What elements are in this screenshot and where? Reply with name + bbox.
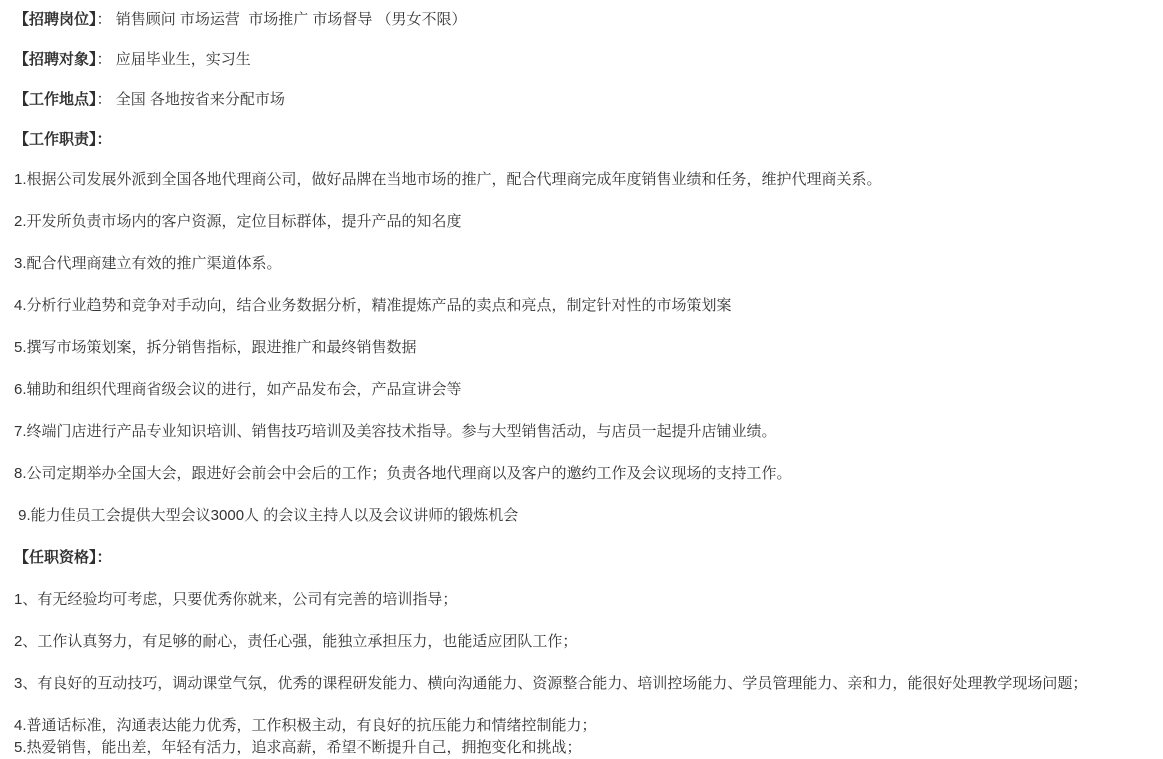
- responsibility-item-1: 1.根据公司发展外派到全国各地代理商公司，做好品牌在当地市场的推广，配合代理商完…: [14, 170, 1149, 190]
- qualification-item-5: 5.热爱销售，能出差，年轻有活力，追求高薪，希望不断提升自己，拥抱变化和挑战；: [14, 738, 1149, 758]
- section-heading-qualifications: 【任职资格】：: [14, 548, 1149, 568]
- responsibility-item-2: 2.开发所负责市场内的客户资源，定位目标群体，提升产品的知名度: [14, 212, 1149, 232]
- responsibility-item-6: 6.辅助和组织代理商省级会议的进行，如产品发布会，产品宣讲会等: [14, 380, 1149, 400]
- field-separator: ：: [97, 51, 112, 68]
- responsibility-item-9: 9.能力佳员工会提供大型会议3000人 的会议主持人以及会议讲师的锻炼机会: [14, 506, 1149, 526]
- field-label-recruit-position: 【招聘岗位】: [14, 11, 97, 28]
- section-heading-responsibilities: 【工作职责】：: [14, 130, 1149, 150]
- responsibility-item-3: 3.配合代理商建立有效的推广渠道体系。: [14, 254, 1149, 274]
- qualification-item-2: 2、工作认真努力，有足够的耐心，责任心强，能独立承担压力，也能适应团队工作；: [14, 632, 1149, 652]
- responsibility-item-7: 7.终端门店进行产品专业知识培训、销售技巧培训及美容技术指导。参与大型销售活动，…: [14, 422, 1149, 442]
- field-label-work-location: 【工作地点】: [14, 91, 97, 108]
- field-label-recruit-target: 【招聘对象】: [14, 51, 97, 68]
- field-value-work-location: 全国 各地按省来分配市场: [112, 91, 285, 108]
- responsibility-item-4: 4.分析行业趋势和竞争对手动向，结合业务数据分析，精准提炼产品的卖点和亮点，制定…: [14, 296, 1149, 316]
- responsibility-item-8: 8.公司定期举办全国大会，跟进好会前会中会后的工作；负责各地代理商以及客户的邀约…: [14, 464, 1149, 484]
- intro-line-recruit-target: 【招聘对象】： 应届毕业生，实习生: [14, 50, 1149, 70]
- field-separator: ：: [97, 91, 112, 108]
- field-value-recruit-position: 销售顾问 市场运营 市场推广 市场督导 （男女不限）: [112, 11, 467, 28]
- qualification-item-4: 4.普通话标准，沟通表达能力优秀，工作积极主动，有良好的抗压能力和情绪控制能力；: [14, 716, 1149, 736]
- job-posting-document: 【招聘岗位】： 销售顾问 市场运营 市场推广 市场督导 （男女不限） 【招聘对象…: [0, 0, 1163, 758]
- qualification-item-3: 3、有良好的互动技巧，调动课堂气氛，优秀的课程研发能力、横向沟通能力、资源整合能…: [14, 674, 1149, 694]
- intro-line-recruit-position: 【招聘岗位】： 销售顾问 市场运营 市场推广 市场督导 （男女不限）: [14, 10, 1149, 30]
- field-separator: ：: [97, 11, 112, 28]
- field-value-recruit-target: 应届毕业生，实习生: [112, 51, 251, 68]
- responsibility-item-5: 5.撰写市场策划案，拆分销售指标，跟进推广和最终销售数据: [14, 338, 1149, 358]
- qualification-item-1: 1、有无经验均可考虑，只要优秀你就来，公司有完善的培训指导；: [14, 590, 1149, 610]
- intro-line-work-location: 【工作地点】： 全国 各地按省来分配市场: [14, 90, 1149, 110]
